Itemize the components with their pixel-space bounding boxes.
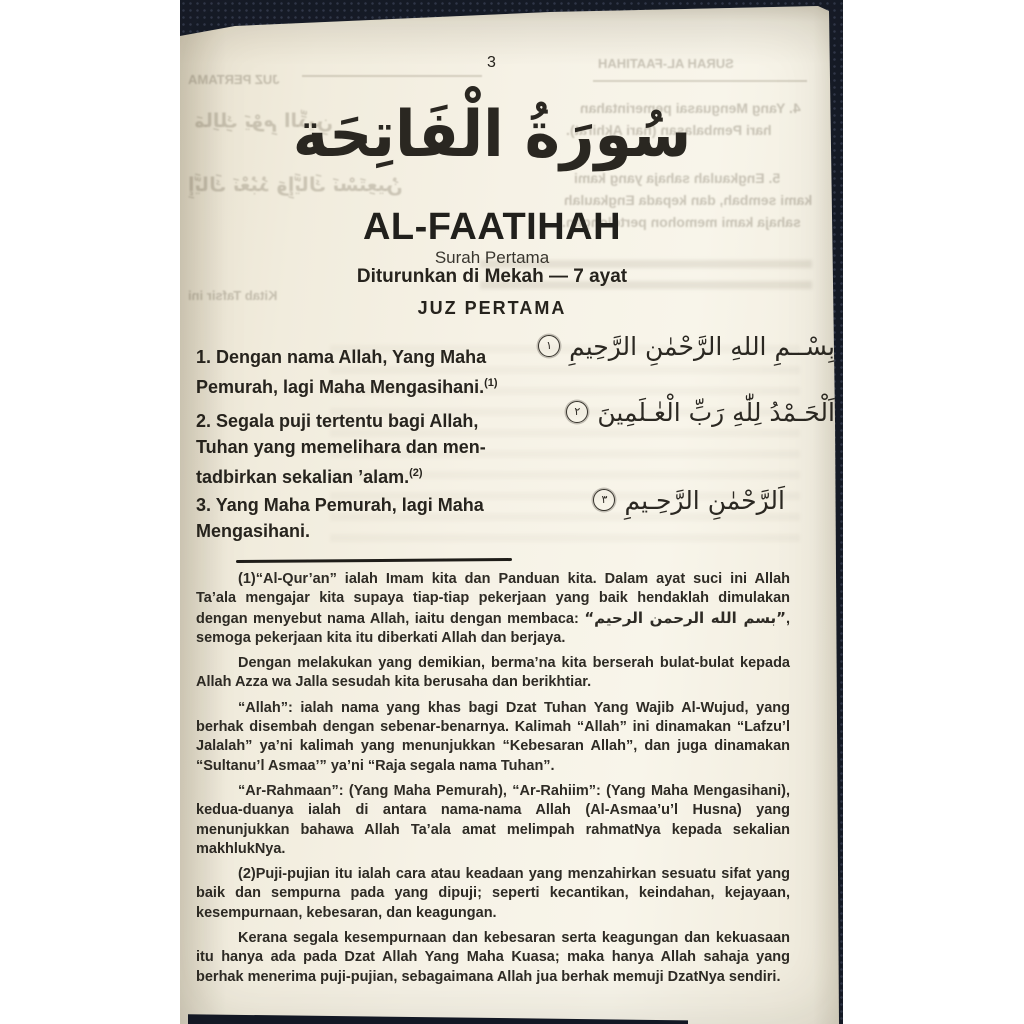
footnotes-section: (1)“Al-Qur’an” ialah Imam kita dan Pandu… [196,570,790,993]
verse-1-arabic-text: بِسْــمِ اللهِ الرَّحْمٰنِ الرَّحِيمِ [569,332,835,361]
ghost-showthrough-text: إِيَّاكَ نَعْبُدُ وَإِيَّاكَ نَسْتَعِينُ [188,174,402,196]
page-number: 3 [192,54,792,72]
ayah-marker-2: ٢ [566,401,588,423]
verse-3-arabic: اَلرَّحْمٰنِ الرَّحِـيمِ٣ [591,486,785,515]
verse-1-translation: 1. Dengan nama Allah, Yang Maha Pemurah,… [196,344,498,400]
verse-3-translation: 3. Yang Maha Pemurah, lagi Maha Mengasih… [196,492,498,544]
footnote-1: (1)“Al-Qur’an” ialah Imam kita dan Pandu… [196,570,790,648]
footnote-paragraph: “Allah”: ialah nama yang khas bagi Dzat … [196,699,790,776]
verse-1-text: 1. Dengan nama Allah, Yang Maha Pemurah,… [196,347,486,397]
fabric-gap-bottom-left [188,1011,688,1024]
juz-heading: JUZ PERTAMA [192,298,792,319]
footnote-2: (2)Puji-pujian itu ialah cara atau keada… [196,865,790,923]
verse-3-text: 3. Yang Maha Pemurah, lagi Maha Mengasih… [196,495,484,541]
ghost-header-rule [593,80,807,82]
ghost-header-rule [302,75,482,77]
ayah-marker-1: ١ [538,335,560,357]
footnote-1-arabic: “بسم الله الرحمن الرحيم” [584,609,786,627]
ayah-marker-3: ٣ [593,489,615,511]
ghost-showthrough-text: JUZ PERTAMA [188,72,279,87]
surah-name-calligraphy: سُورَةُ الْفَاتِحَة [192,98,792,172]
ghost-showthrough-text: 5. Engkaulah sahaja yang kami [574,170,780,186]
book-page: SURAH AL-FAATIHAHJUZ PERTAMA4. Yang Meng… [180,0,843,1024]
footnote-divider [236,558,512,563]
footnote-marker-1: (1) [484,377,497,389]
footnote-marker-2: (2) [409,467,422,479]
surah-subtitle: Surah Pertama [192,248,792,268]
revelation-info: Diturunkan di Mekah — 7 ayat [192,266,792,288]
verse-2-translation: 2. Segala puji tertentu bagi Allah, Tuha… [196,408,498,490]
verse-2-text: 2. Segala puji tertentu bagi Allah, Tuha… [196,411,486,487]
book-photo: SURAH AL-FAATIHAHJUZ PERTAMA4. Yang Meng… [180,0,843,1024]
footnote-paragraph: “Ar-Rahmaan”: (Yang Maha Pemurah), “Ar-R… [196,782,790,859]
verse-3-arabic-text: اَلرَّحْمٰنِ الرَّحِـيمِ [624,486,785,515]
surah-title: AL-FAATIHAH [192,206,792,249]
verse-2-arabic: اَلْحَـمْدُ لِلّٰهِ رَبِّ الْعٰـلَمِينَ٢ [564,398,835,427]
footnote-paragraph: Kerana segala kesempurnaan dan kebesaran… [196,929,790,987]
verse-2-arabic-text: اَلْحَـمْدُ لِلّٰهِ رَبِّ الْعٰـلَمِينَ [597,398,835,427]
footnote-paragraph: Dengan melakukan yang demikian, berma’na… [196,654,790,693]
verse-1-arabic: بِسْــمِ اللهِ الرَّحْمٰنِ الرَّحِيمِ١ [536,332,835,361]
